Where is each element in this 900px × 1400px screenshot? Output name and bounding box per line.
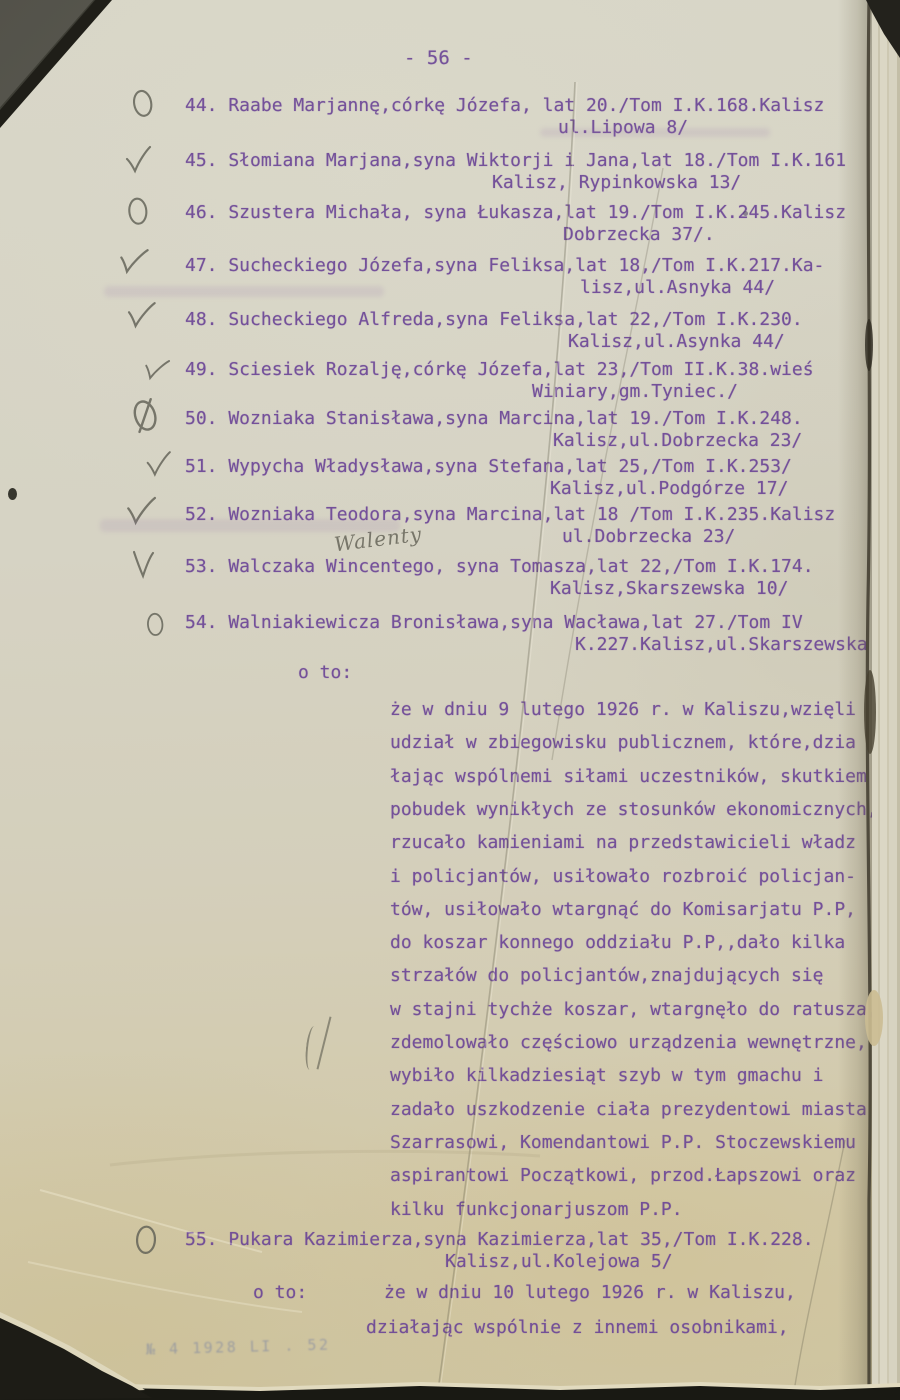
pencil-check-icon (139, 353, 172, 389)
entry-text: 47. Sucheckiego Józefa,syna Feliksa,lat … (185, 256, 824, 276)
entry-address: Kalisz,ul.Asynka 44/ (568, 332, 785, 352)
entry-text: 50. Wozniaka Stanisława,syna Marcina,lat… (185, 409, 803, 429)
charge-line: do koszar konnego oddziału P.P,,dało kil… (390, 933, 845, 953)
entry-address: Kalisz,Skarszewska 10/ (550, 579, 788, 599)
charge-line: udział w zbiegowisku publicznem, które,d… (390, 733, 856, 753)
entry-address: Dobrzecka 37/. (563, 225, 715, 245)
ink-bleed-smudge (104, 286, 384, 297)
pencil-check-icon (123, 297, 157, 336)
charge-line: łając wspólnemi siłami uczestników, skut… (390, 767, 867, 787)
entry-address: lisz,ul.Asnyka 44/ (580, 278, 775, 298)
charge-line: zdemolowało częściowo urządzenia wewnętr… (390, 1033, 867, 1053)
entry-address: Winiary,gm.Tyniec./ (532, 382, 738, 402)
charge-line: że w dniu 10 lutego 1926 r. w Kaliszu, (384, 1283, 796, 1303)
next-page-edge (872, 0, 900, 1400)
charge-line: kilku funkcjonarjuszom P.P. (390, 1200, 683, 1220)
charge-label: o to: (298, 663, 352, 683)
pencil-check-icon (114, 242, 150, 283)
charge-line: aspirantowi Początkowi, przod.Łapszowi o… (390, 1166, 856, 1186)
charge-line: że w dniu 9 lutego 1926 r. w Kaliszu,wzi… (390, 700, 856, 720)
page-number: - 56 - (404, 48, 473, 69)
pencil-circle-icon (125, 195, 156, 231)
entry-text: 51. Wypycha Władysława,syna Stefana,lat … (185, 457, 792, 477)
charge-line: wybiło kilkadziesiąt szyb w tym gmachu i (390, 1066, 823, 1086)
charge-line: Szarrasowi, Komendantowi P.P. Stoczewski… (390, 1133, 856, 1153)
charge-line: pobudek wynikłych ze stosunków ekonomicz… (390, 800, 878, 820)
pencil-circle-icon (132, 1223, 163, 1260)
charge-line: zadało uszkodzenie ciała prezydentowi mi… (390, 1100, 867, 1120)
charge-line: w stajni tychże koszar, wtargnęło do rat… (390, 1000, 878, 1020)
entry-text: 49. Sciesiek Rozalję,córkę Józefa,lat 23… (185, 360, 814, 380)
entry-text: 44. Raabe Marjannę,córkę Józefa, lat 20.… (185, 96, 824, 116)
charge-line: działając wspólnie z innemi osobnikami, (366, 1318, 789, 1338)
pencil-check-icon (124, 145, 152, 179)
pencil-vee-icon (130, 549, 158, 583)
entry-address: Kalisz,ul.Kolejowa 5/ (445, 1252, 673, 1272)
entry-text: 48. Sucheckiego Alfreda,syna Feliksa,lat… (185, 310, 803, 330)
pencil-circle-icon (128, 86, 161, 124)
entry-address: ul.Dobrzecka 23/ (562, 527, 735, 547)
entry-address: Kalisz, Rypinkowska 13/ (492, 173, 741, 193)
pencil-circle-icon (144, 611, 170, 641)
charge-line: strzałów do policjantów,znajdujących się (390, 966, 823, 986)
charge-line: rzucało kamieniami na przedstawicieli wł… (390, 833, 856, 853)
page-edge-shadow (838, 0, 874, 1400)
entry-address: Kalisz,ul.Podgórze 17/ (550, 479, 788, 499)
pencil-check-icon (144, 449, 172, 482)
charge-label: o to: (253, 1283, 307, 1303)
entry-text: 45. Słomiana Marjana,syna Wiktorji i Jan… (185, 151, 846, 171)
entry-text: 54. Walniakiewicza Bronisława,syna Wacła… (185, 613, 803, 633)
entry-address: Kalisz,ul.Dobrzecka 23/ (553, 431, 802, 451)
charge-line: tów, usiłowało wtargnąć do Komisarjatu P… (390, 900, 856, 920)
pencil-circle-crossed-icon (127, 393, 170, 440)
paper-blemish-dot (743, 211, 748, 216)
paper-blemish-dot (8, 488, 17, 500)
charge-line: i policjantów, usiłowało rozbroić policj… (390, 867, 856, 887)
entry-text: 53. Walczaka Wincentego, syna Tomasza,la… (185, 557, 814, 577)
archive-stamp: № 4 1928 LI . 52 (146, 1336, 331, 1359)
document-page: - 56 - 44. Raabe Marjannę,córkę Józefa, … (0, 0, 900, 1400)
entry-text: 55. Pukara Kazimierza,syna Kazimierza,la… (185, 1230, 814, 1250)
ink-bleed-smudge (100, 519, 400, 532)
ink-bleed-smudge (540, 128, 770, 137)
pencil-slash-mark (316, 1017, 331, 1070)
